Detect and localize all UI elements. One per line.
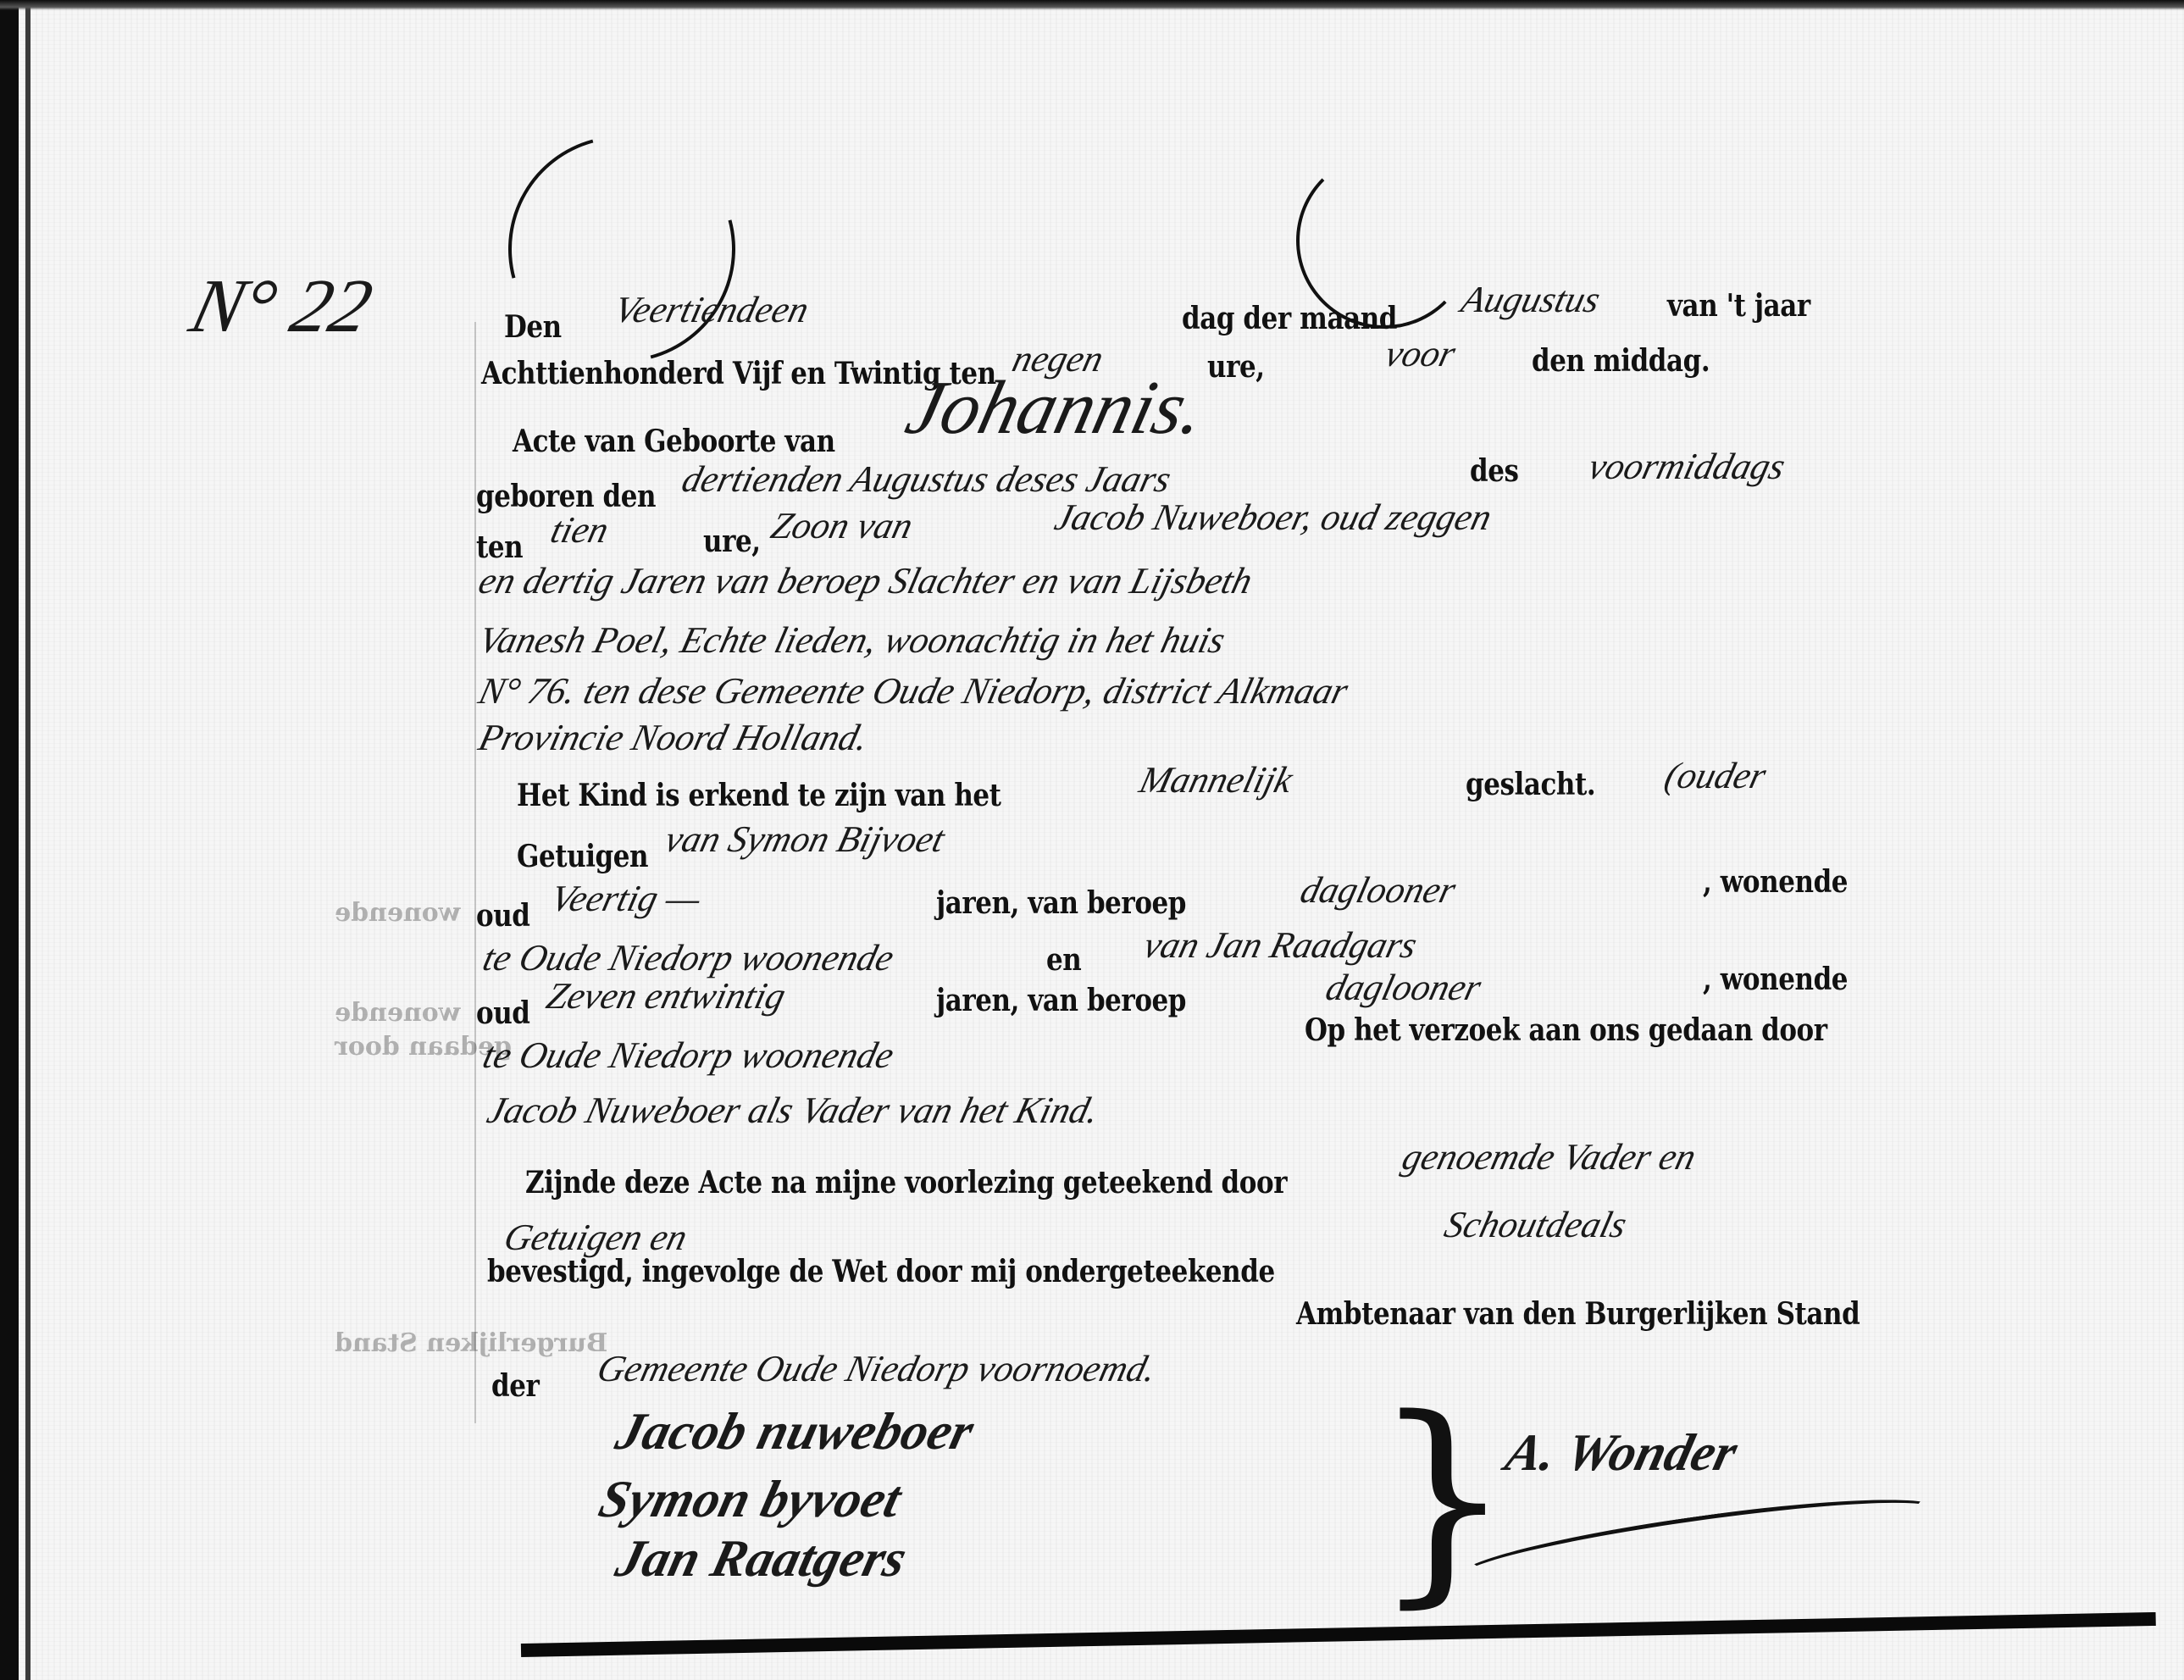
hand-father-line: Jacob Nuweboer, oud zeggen xyxy=(1050,496,1496,539)
hand-witness2-age: Zeven entwintig xyxy=(542,974,790,1017)
hand-line-d: Provincie Noord Holland. xyxy=(474,716,873,759)
hand-witness1-occupation: daglooner xyxy=(1296,868,1461,912)
hand-witness2-occupation: daglooner xyxy=(1322,966,1486,1009)
scan-edge-left xyxy=(0,0,19,1680)
signature-witness2: Jan Raatgers xyxy=(610,1529,912,1589)
entry-number: N° 22 xyxy=(182,263,380,350)
signature-official: A. Wonder xyxy=(1499,1423,1743,1483)
printed-oud-1: oud xyxy=(476,898,530,934)
hand-birth-hour: tien xyxy=(546,508,613,552)
hand-line-a: en dertig Jaren van beroep Slachter en v… xyxy=(474,559,1256,602)
printed-verzoek: Op het verzoek aan ons gedaan door xyxy=(1305,1012,1827,1048)
hand-witness1-age: Veertig — xyxy=(546,877,705,920)
printed-jaren-beroep-1: jaren, van beroep xyxy=(936,885,1186,921)
hand-after-sex: (ouder xyxy=(1660,754,1771,797)
scan-edge-fold xyxy=(25,0,30,1680)
hand-signed-by-2: Getuigen en xyxy=(500,1216,692,1259)
hand-line-c: N° 76. ten dese Gemeente Oude Niedorp, d… xyxy=(474,669,1352,712)
signature-father: Jacob nuweboer xyxy=(610,1402,979,1462)
printed-wonende-2: , wonende xyxy=(1703,962,1848,997)
hand-requester: Jacob Nuweboer als Vader van het Kind. xyxy=(483,1089,1104,1132)
bleedthrough-3: gedaan door xyxy=(335,1032,512,1062)
signature-witness1: Symon byvoet xyxy=(593,1470,907,1530)
printed-jaren-beroep-2: jaren, van beroep xyxy=(936,983,1186,1018)
printed-en: en xyxy=(1046,942,1081,978)
hand-son-of: Zoon van xyxy=(767,504,917,547)
scan-edge-top xyxy=(0,0,2184,10)
hand-month: Augustus xyxy=(1457,278,1605,321)
hand-line-b: Vanesh Poel, Echte lieden, woonachtig in… xyxy=(474,618,1229,662)
printed-wonende-1: , wonende xyxy=(1703,864,1848,900)
printed-oud-2: oud xyxy=(476,995,530,1031)
printed-den: Den xyxy=(504,309,562,345)
printed-des: des xyxy=(1470,453,1518,489)
hand-witness1-name: van Symon Bijvoet xyxy=(661,818,949,861)
printed-kind-erkend: Het Kind is erkend te zijn van het xyxy=(517,778,1001,813)
hand-birth-date: dertienden Augustus deses Jaars xyxy=(678,457,1176,501)
hand-day: Veertiendeen xyxy=(610,288,813,331)
section-divider-rule xyxy=(521,1612,2156,1657)
hand-municipality: Gemeente Oude Niedorp voornoemd. xyxy=(593,1347,1161,1390)
hand-time-of-day: voor xyxy=(1381,332,1460,375)
printed-ure: ure, xyxy=(1207,349,1265,385)
bleedthrough-1: wonende xyxy=(335,898,461,928)
official-paraph-flourish xyxy=(1456,1483,1942,1601)
printed-bevestigd: bevestigd, ingevolge de Wet door mij ond… xyxy=(487,1254,1275,1289)
hand-official-name: Schoutdeals xyxy=(1440,1203,1631,1246)
printed-van-t-jaar: van 't jaar xyxy=(1667,288,1810,324)
printed-dag-der-maand: dag der maand xyxy=(1182,301,1397,336)
hand-witness2-residence: te Oude Niedorp woonende xyxy=(479,1034,898,1077)
hand-sex: Mannelijk xyxy=(1135,758,1297,801)
printed-den-middag: den middag. xyxy=(1532,343,1710,379)
printed-ambtenaar: Ambtenaar van den Burgerlijken Stand xyxy=(1296,1296,1860,1332)
bleedthrough-4: Burgerlijken Stand xyxy=(335,1328,607,1358)
printed-ure-2: ure, xyxy=(703,524,761,559)
document-page: N° 22 Den Veertiendeen dag der maand Aug… xyxy=(0,0,2184,1680)
printed-zijnde: Zijnde deze Acte na mijne voorlezing get… xyxy=(525,1165,1287,1200)
hand-witness1-residence: te Oude Niedorp woonende xyxy=(479,936,898,979)
printed-acte-van-geboorte: Acte van Geboorte van xyxy=(513,424,835,459)
bleedthrough-2: wonende xyxy=(335,998,461,1028)
hand-part-of-day: voormiddags xyxy=(1584,445,1789,488)
printed-der: der xyxy=(491,1368,539,1404)
printed-geslacht: geslacht. xyxy=(1466,767,1595,802)
hand-signed-by: genoemde Vader en xyxy=(1398,1135,1700,1178)
hand-child-name: Johannis. xyxy=(898,364,1214,452)
printed-getuigen: Getuigen xyxy=(517,839,648,874)
hand-witness2-name: van Jan Raadgars xyxy=(1139,923,1422,967)
